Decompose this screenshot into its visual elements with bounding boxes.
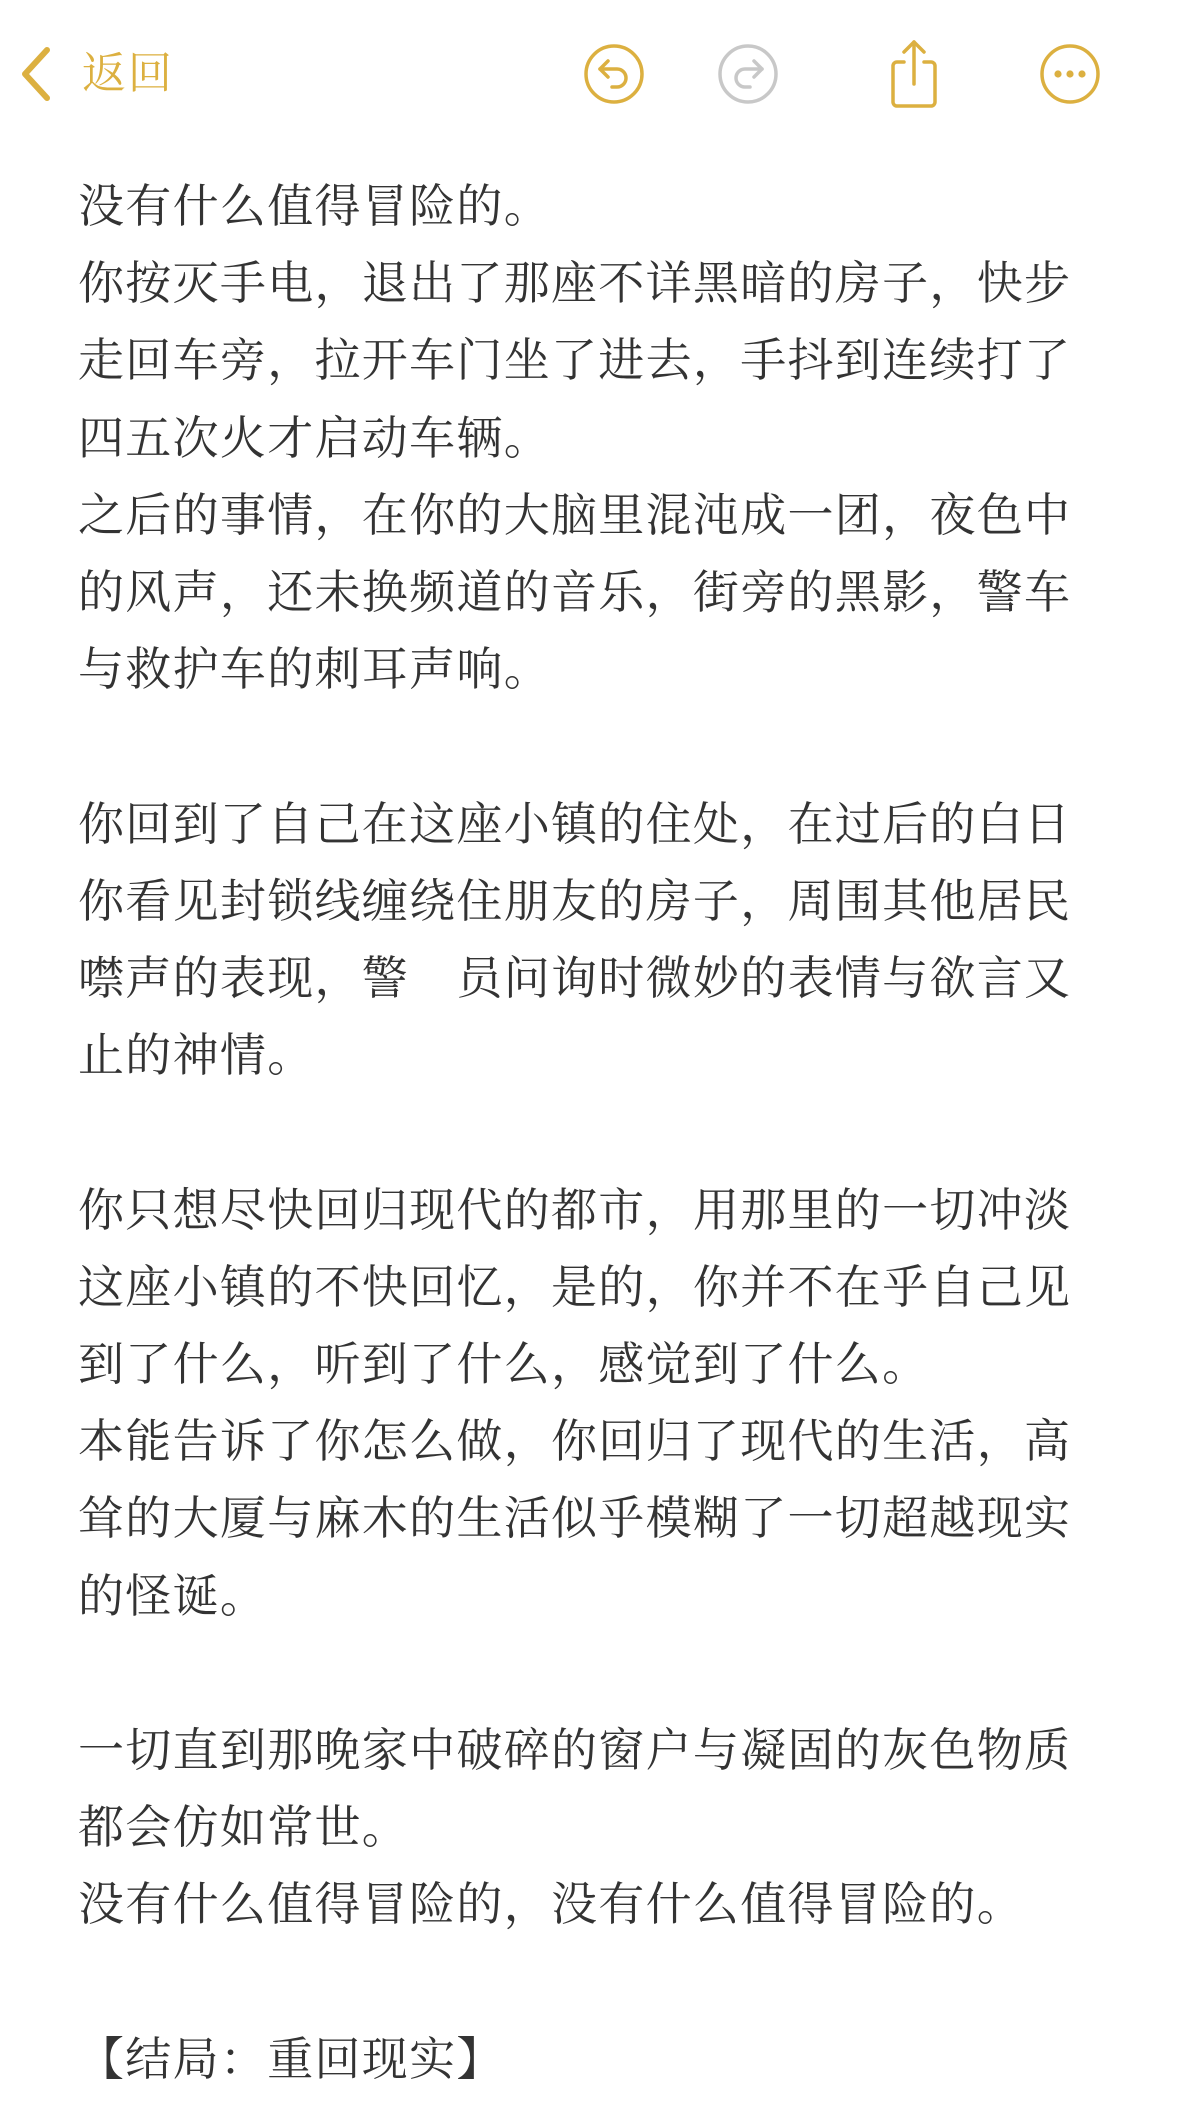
share-button[interactable] [878, 38, 950, 110]
note-body[interactable]: 没有什么值得冒险的。 你按灭手电，退出了那座不详黑暗的房子，快步走回车旁，拉开车… [78, 168, 1118, 2098]
note-line: 你回到了自己在这座小镇的住处，在过后的白日你看见封锁线缠绕住朋友的房子，周围其他… [78, 786, 1118, 1095]
more-button[interactable] [1034, 38, 1106, 110]
note-line: 之后的事情，在你的大脑里混沌成一团，夜色中的风声，还未换频道的音乐，街旁的黑影，… [78, 477, 1118, 709]
note-line: 没有什么值得冒险的，没有什么值得冒险的。 [78, 1866, 1118, 1943]
undo-circle-icon [582, 42, 646, 106]
ellipsis-circle-icon [1038, 42, 1102, 106]
back-label: 返回 [82, 52, 174, 96]
paragraph-spacer [78, 1094, 1118, 1171]
chevron-left-icon [20, 46, 52, 102]
note-line: 你只想尽快回归现代的都市，用那里的一切冲淡这座小镇的不快回忆，是的，你并不在乎自… [78, 1172, 1118, 1404]
note-line: 没有什么值得冒险的。 [78, 168, 1118, 245]
paragraph-spacer [78, 708, 1118, 785]
note-line: 你按灭手电，退出了那座不详黑暗的房子，快步走回车旁，拉开车门坐了进去，手抖到连续… [78, 245, 1118, 477]
ending-label: 【结局：重回现实】 [78, 2021, 1118, 2098]
undo-button[interactable] [578, 38, 650, 110]
share-icon [882, 38, 946, 110]
paragraph-spacer [78, 1944, 1118, 2021]
redo-circle-icon [716, 42, 780, 106]
back-button[interactable]: 返回 [20, 42, 174, 106]
note-line: 一切直到那晚家中破碎的窗户与凝固的灰色物质都会仿如常世。 [78, 1712, 1118, 1866]
paragraph-spacer [78, 1635, 1118, 1712]
redo-button[interactable] [712, 38, 784, 110]
navigation-bar: 返回 [0, 0, 1179, 150]
note-line: 本能告诉了你怎么做，你回归了现代的生活，高耸的大厦与麻木的生活似乎模糊了一切超越… [78, 1403, 1118, 1635]
